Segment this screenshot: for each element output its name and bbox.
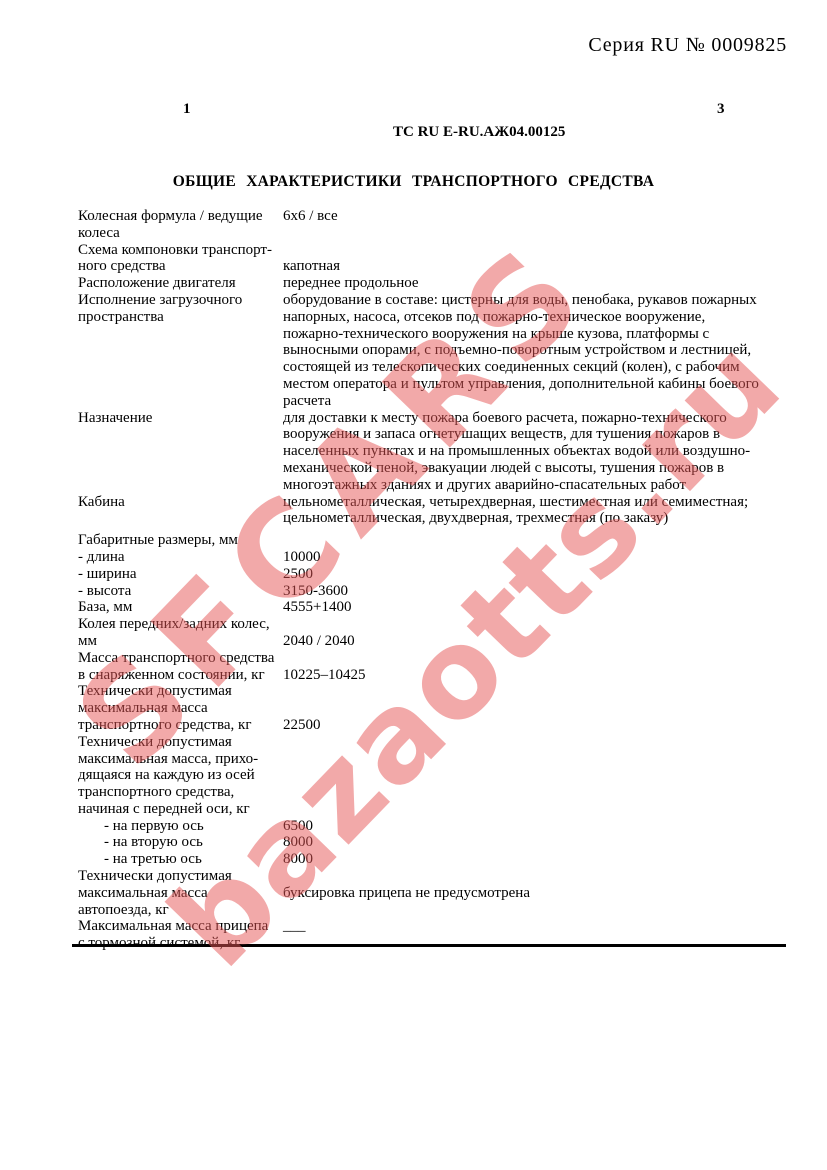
spec-value: 6500: [283, 818, 790, 835]
spec-label: Кабина: [78, 494, 283, 511]
spec-value: оборудование в составе: цистерны для вод…: [283, 292, 790, 410]
spec-label: - длина: [78, 549, 283, 566]
spec-label: Технически допустимая максимальная масса…: [78, 734, 283, 818]
page-number-right: 3: [717, 101, 725, 118]
spec-value: 10225–10425: [283, 667, 790, 684]
spec-label: Максимальная масса прицепа с тормозной с…: [78, 918, 283, 952]
spec-value: переднее продольное: [283, 275, 790, 292]
spec-row-curb-mass: Масса транспортного средства в снаряженн…: [78, 650, 790, 684]
spec-row-cab: Кабина цельнометаллическая, четырехдверн…: [78, 494, 790, 528]
spec-label: Назначение: [78, 410, 283, 427]
spec-row-axle-2: - на вторую ось 8000: [78, 834, 790, 851]
spec-row-length: - длина 10000: [78, 549, 790, 566]
spec-label: - на третью ось: [78, 851, 283, 868]
spec-label: Схема компоновки транспорт- ного средств…: [78, 242, 283, 276]
spec-value: 4555+1400: [283, 599, 790, 616]
spec-value: 2040 / 2040: [283, 633, 790, 650]
spec-value: капотная: [283, 258, 790, 275]
spec-value: ___: [283, 918, 790, 935]
spec-row-layout-scheme: Схема компоновки транспорт- ного средств…: [78, 242, 790, 276]
bottom-rule: [72, 944, 786, 947]
spec-label: - на вторую ось: [78, 834, 283, 851]
approval-number: ТС RU E-RU.АЖ04.00125: [393, 124, 565, 141]
spec-row-wheelbase: База, мм 4555+1400: [78, 599, 790, 616]
page-number-left: 1: [183, 101, 191, 118]
spec-table: Колесная формула / ведущие колеса 6х6 / …: [78, 208, 790, 952]
serial-number: Серия RU № 0009825: [588, 34, 787, 57]
spec-value: 8000: [283, 834, 790, 851]
spec-row-axle-1: - на первую ось 6500: [78, 818, 790, 835]
spec-value: 10000: [283, 549, 790, 566]
spec-value: буксировка прицепа не предусмотрена: [283, 885, 790, 902]
document-page: Серия RU № 0009825 1 3 ТС RU E-RU.АЖ04.0…: [0, 0, 827, 1170]
spec-label: - ширина: [78, 566, 283, 583]
spec-row-track: Колея передних/задних колес, мм 2040 / 2…: [78, 616, 790, 650]
spec-label: Технически допустимая максимальная масса…: [78, 683, 283, 733]
spec-row-axle-3: - на третью ось 8000: [78, 851, 790, 868]
spec-label: Колея передних/задних колес, мм: [78, 616, 283, 650]
spec-row-engine-position: Расположение двигателя переднее продольн…: [78, 275, 790, 292]
spec-row-max-mass: Технически допустимая максимальная масса…: [78, 683, 790, 733]
spec-label: База, мм: [78, 599, 283, 616]
spec-value: 2500: [283, 566, 790, 583]
spec-value: 8000: [283, 851, 790, 868]
spec-row-purpose: Назначение для доставки к месту пожара б…: [78, 410, 790, 494]
spec-label: Расположение двигателя: [78, 275, 283, 292]
spec-label: Технически допустимая максимальная масса…: [78, 868, 283, 918]
spec-row-width: - ширина 2500: [78, 566, 790, 583]
spec-value: цельнометаллическая, четырехдверная, шес…: [283, 494, 790, 528]
spec-row-wheel-formula: Колесная формула / ведущие колеса 6х6 / …: [78, 208, 790, 242]
spec-row-axle-mass-header: Технически допустимая максимальная масса…: [78, 734, 790, 818]
spec-row-trailer-mass: Максимальная масса прицепа с тормозной с…: [78, 918, 790, 952]
spec-value: 3150-3600: [283, 583, 790, 600]
spec-value: 6х6 / все: [283, 208, 790, 225]
spec-value: 22500: [283, 717, 790, 734]
spec-label: Габаритные размеры, мм: [78, 532, 283, 549]
spec-label: - на первую ось: [78, 818, 283, 835]
spec-value: для доставки к месту пожара боевого расч…: [283, 410, 790, 494]
spec-label: Колесная формула / ведущие колеса: [78, 208, 283, 242]
spec-row-cargo-space: Исполнение загрузочного пространства обо…: [78, 292, 790, 410]
spec-label: - высота: [78, 583, 283, 600]
section-title: ОБЩИЕ ХАРАКТЕРИСТИКИ ТРАНСПОРТНОГО СРЕДС…: [0, 173, 827, 191]
spec-label: Масса транспортного средства в снаряженн…: [78, 650, 283, 684]
spec-row-road-train-mass: Технически допустимая максимальная масса…: [78, 868, 790, 918]
spec-row-dimensions-header: Габаритные размеры, мм: [78, 532, 790, 549]
spec-row-height: - высота 3150-3600: [78, 583, 790, 600]
spec-label: Исполнение загрузочного пространства: [78, 292, 283, 326]
